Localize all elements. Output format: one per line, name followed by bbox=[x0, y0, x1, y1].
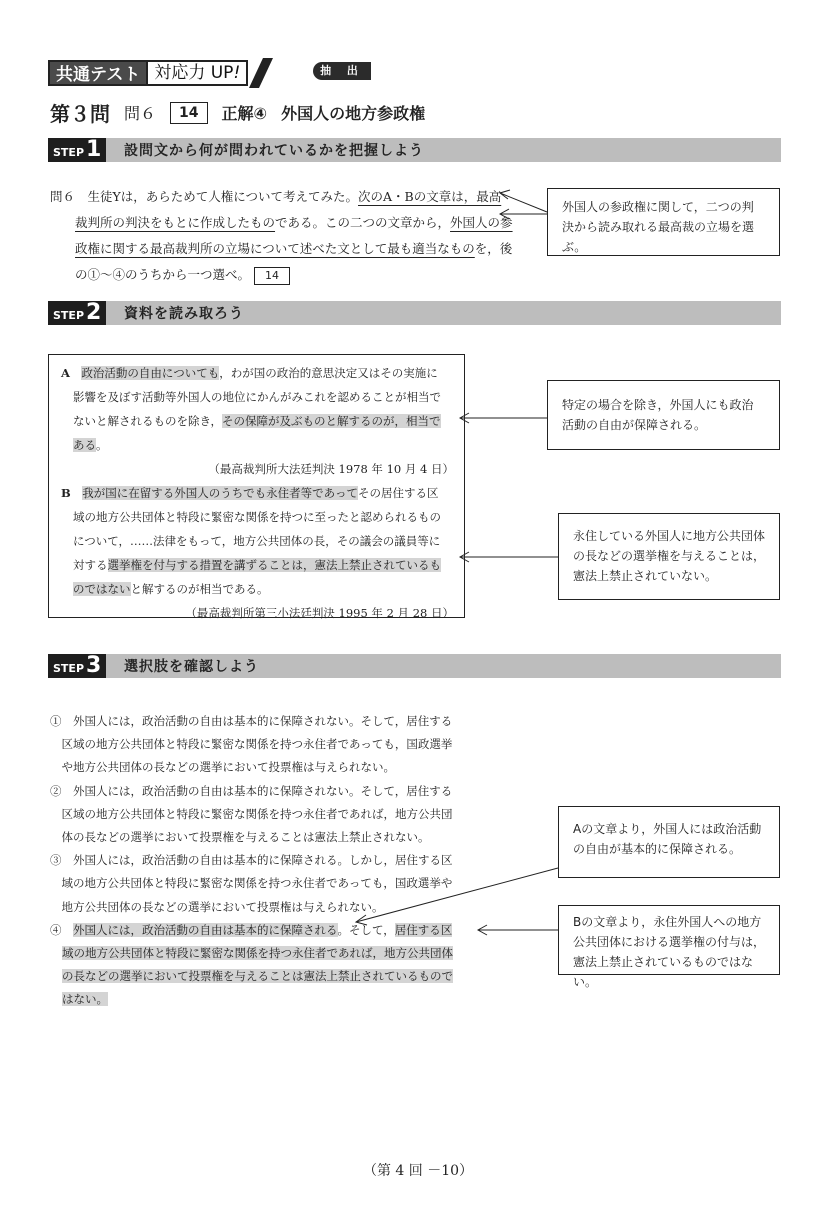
connector-arrows-icon bbox=[0, 0, 836, 1229]
page-footer: （第 4 回 －10） bbox=[0, 1160, 836, 1180]
